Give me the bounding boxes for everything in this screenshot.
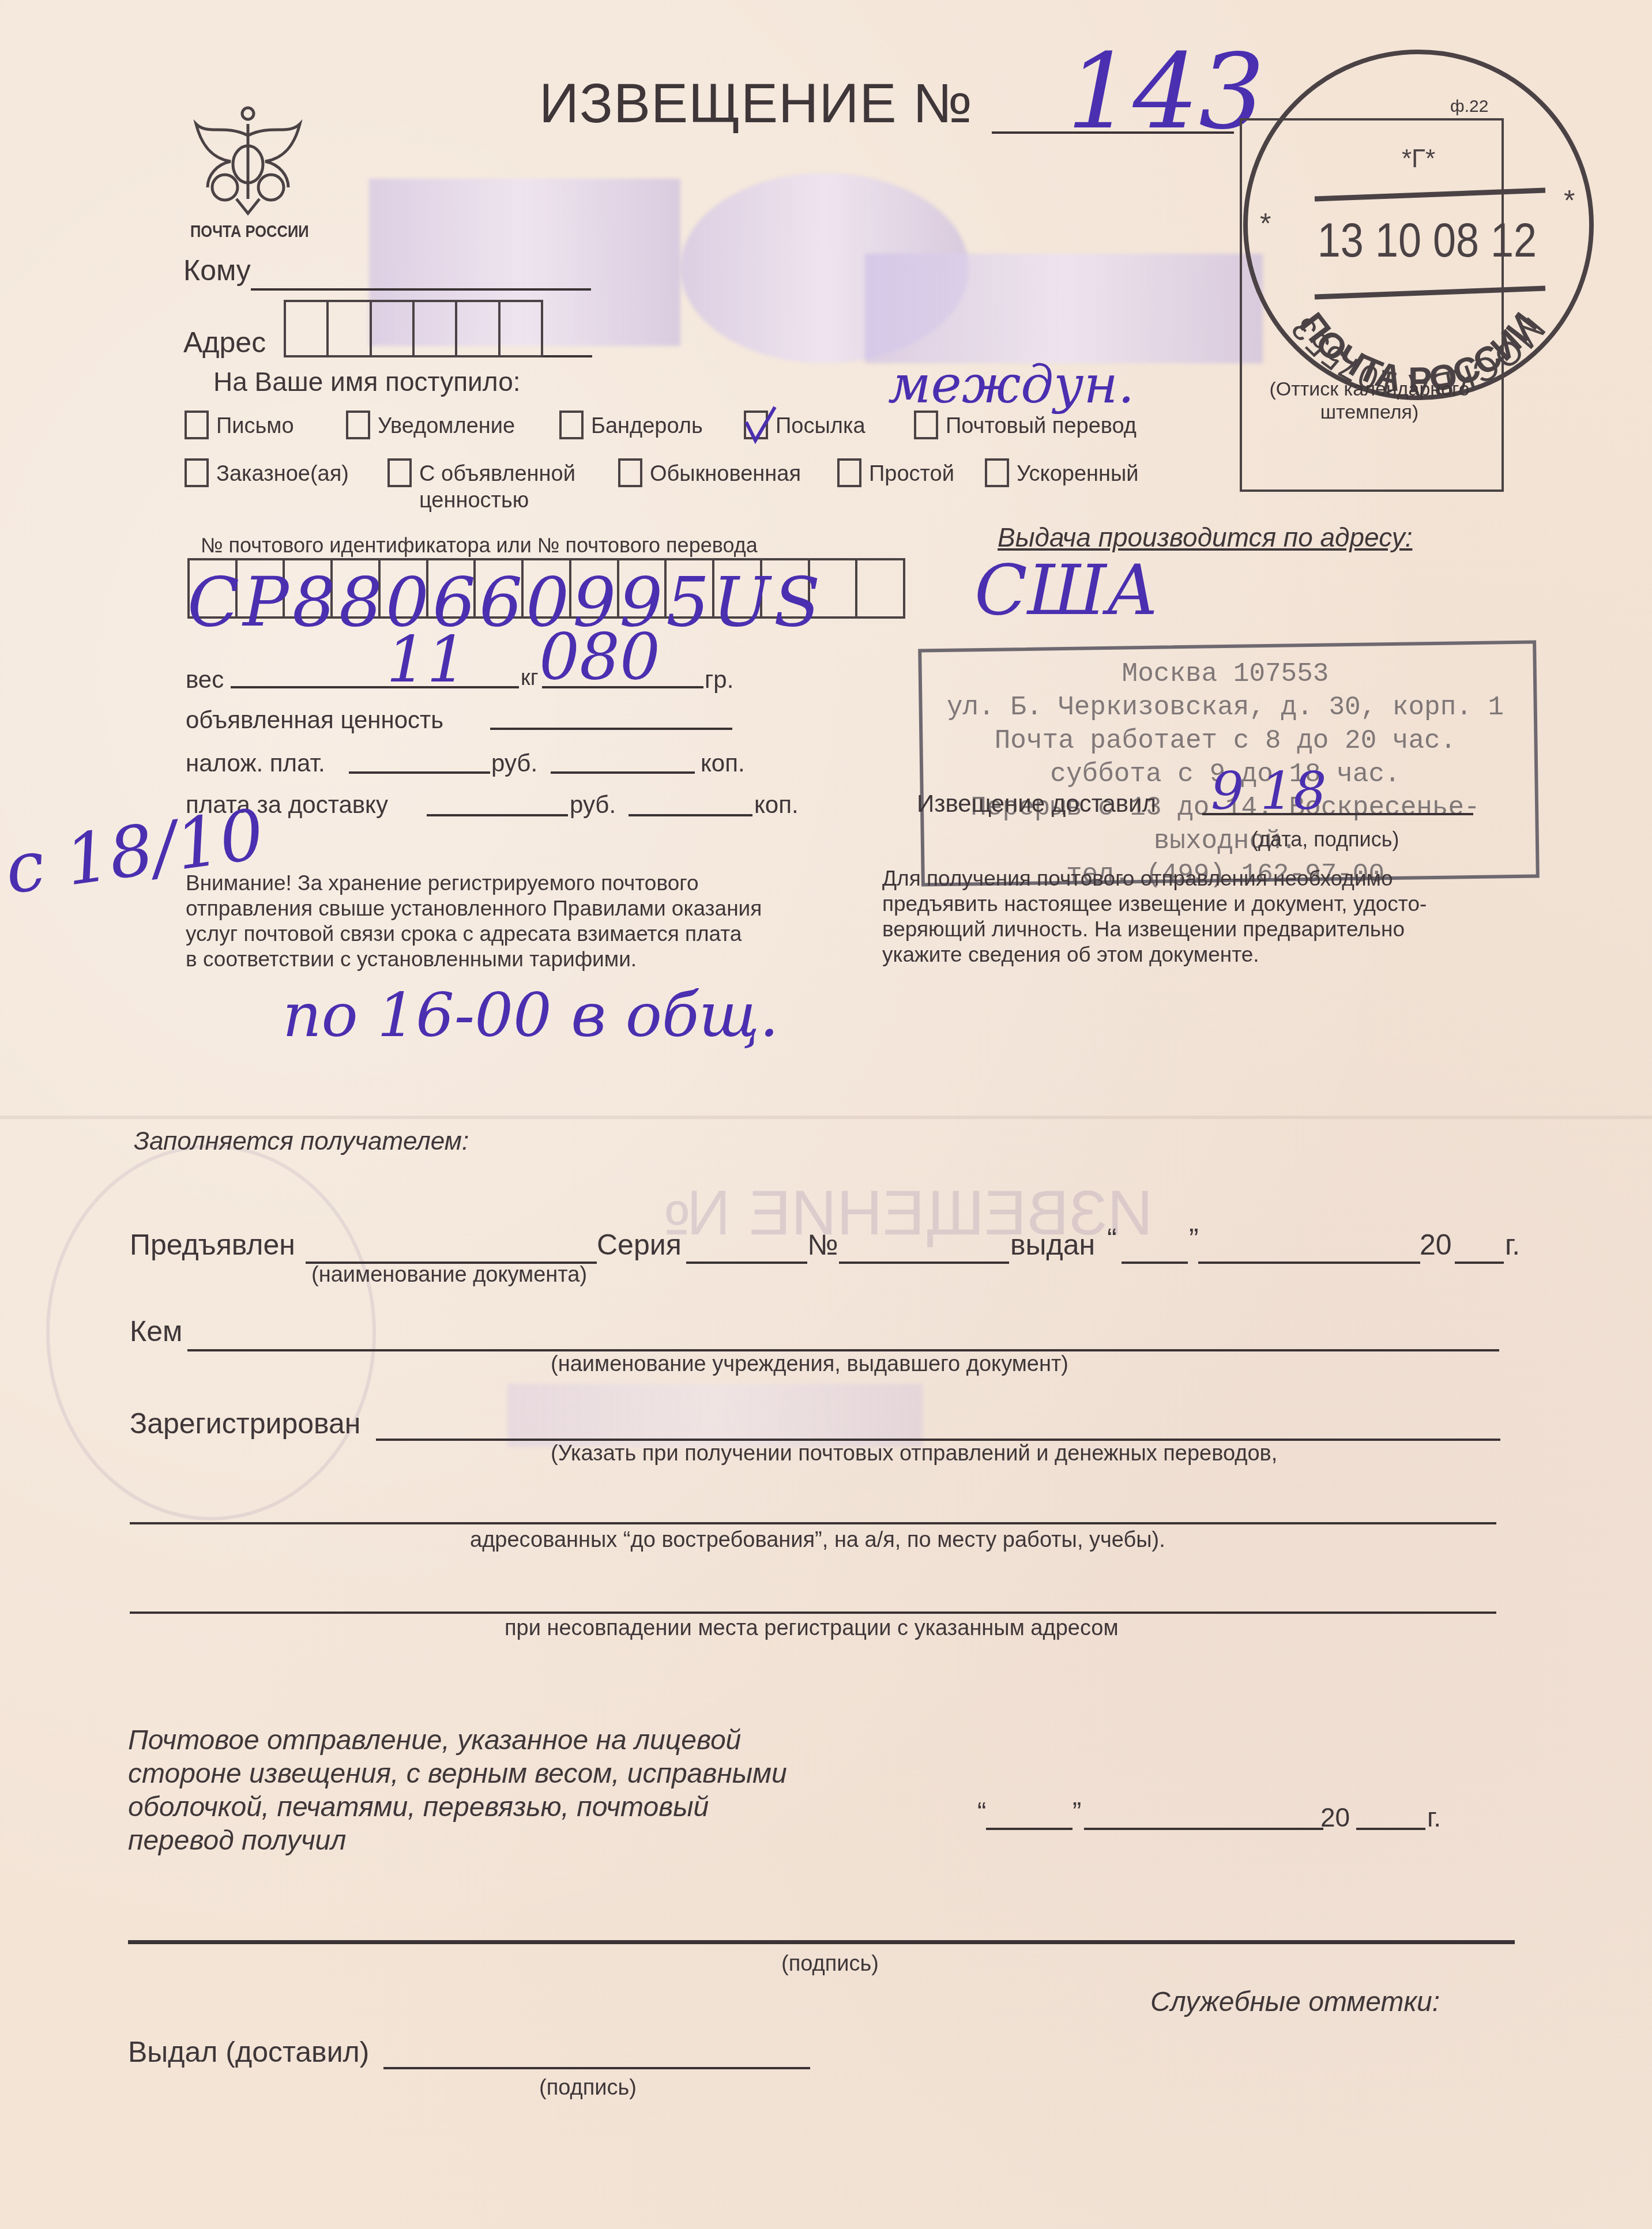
registered-label: Зарегистрирован bbox=[130, 1407, 360, 1440]
identifier-label: № почтового идентификатора или № почтово… bbox=[201, 533, 758, 558]
svg-text:13 10 08 12: 13 10 08 12 bbox=[1318, 214, 1537, 268]
checkbox-label: Бандероль bbox=[591, 413, 703, 439]
service-marks-label: Служебные отметки: bbox=[1150, 1986, 1440, 2018]
registered-field-3[interactable] bbox=[130, 1611, 1496, 1614]
postmark-caption-line: штемпеля) bbox=[1234, 401, 1505, 424]
warning-line: отправления свыше установленного Правила… bbox=[186, 896, 762, 921]
gr-label: гр. bbox=[705, 666, 733, 694]
kg-label: кг bbox=[521, 666, 539, 691]
by-whom-field[interactable] bbox=[187, 1349, 1499, 1351]
statement-line: стороне извещения, с верным весом, испра… bbox=[128, 1757, 787, 1791]
checkbox-label: Обыкновенная bbox=[650, 461, 801, 487]
registered-field-2[interactable] bbox=[130, 1522, 1496, 1524]
checkbox-1[interactable] bbox=[185, 411, 209, 439]
instruction-line: веряющий личность. На извещении предвари… bbox=[882, 917, 1427, 942]
doc-number-field[interactable] bbox=[839, 1262, 1009, 1264]
by-whom-label: Кем bbox=[130, 1315, 182, 1348]
page-title: ИЗВЕЩЕНИЕ № bbox=[539, 72, 973, 135]
instruction-line: укажите сведения об этом документе. bbox=[882, 942, 1427, 967]
postmark-stamp: МОСКВА 107553 ПОЧТА РОССИИ *Г* 13 10 08 … bbox=[1234, 35, 1603, 409]
statement-line: оболочкой, печатями, перевязью, почтовый bbox=[128, 1791, 787, 1824]
svg-text:*Г*: *Г* bbox=[1402, 145, 1435, 173]
issued-year-field[interactable] bbox=[1455, 1262, 1504, 1264]
receipt-signature-field[interactable] bbox=[128, 1940, 1515, 1944]
cod-rub-label: руб. bbox=[491, 750, 537, 777]
delivery-fee-rub-field[interactable] bbox=[427, 814, 568, 816]
coat-of-arms-icon bbox=[185, 101, 311, 216]
warning-line: в соответствии с установленными тарифими… bbox=[186, 947, 762, 972]
address-field[interactable] bbox=[543, 355, 592, 357]
checkbox-4[interactable] bbox=[744, 411, 768, 439]
declared-value-field[interactable] bbox=[490, 728, 732, 730]
checkbox-label-line2: ценностью bbox=[419, 487, 575, 514]
receipt-statement: Почтовое отправление, указанное на лицев… bbox=[128, 1724, 787, 1858]
statement-line: Почтовое отправление, указанное на лицев… bbox=[128, 1724, 787, 1757]
address-label: Адрес bbox=[183, 326, 266, 359]
issued-by-field[interactable] bbox=[383, 2067, 810, 2069]
receipt-quote-close: ” bbox=[1073, 1796, 1081, 1827]
checkbox-5[interactable] bbox=[985, 458, 1009, 487]
issued-by-label: Выдал (доставил) bbox=[128, 2035, 369, 2069]
weight-label: вес bbox=[186, 666, 224, 694]
instruction-line: Для получения почтового отправления необ… bbox=[882, 866, 1427, 891]
quote-open: “ bbox=[1107, 1222, 1117, 1256]
registered-field[interactable] bbox=[376, 1439, 1500, 1441]
office-stamp-line: Москва 107553 bbox=[920, 657, 1531, 691]
checkbox-2[interactable] bbox=[346, 411, 370, 439]
to-label: Кому bbox=[183, 254, 251, 287]
delivered-by-label: Извещение доставил bbox=[917, 790, 1156, 818]
receipt-year-prefix: 20 bbox=[1320, 1802, 1350, 1833]
registered-caption-2: адресованных “до востребования”, на а/я,… bbox=[470, 1528, 1165, 1553]
series-label: Серия bbox=[597, 1228, 682, 1262]
delivery-fee-kop-label: коп. bbox=[754, 791, 799, 819]
check-mark-icon bbox=[743, 405, 777, 445]
checkbox-label: Простой bbox=[869, 461, 954, 487]
identifier-value: CP880660995US bbox=[187, 562, 824, 642]
bleed-through-stamp bbox=[46, 1144, 376, 1520]
receipt-signature-caption: (подпись) bbox=[781, 1952, 879, 1976]
issue-address-value: США bbox=[974, 551, 1159, 631]
issue-address-label: Выдача производится по адресу: bbox=[998, 522, 1412, 553]
weight-gr-value: 080 bbox=[539, 620, 660, 694]
to-field[interactable] bbox=[251, 288, 591, 291]
delivery-fee-rub-label: руб. bbox=[570, 791, 616, 819]
presented-caption: (наименование документа) bbox=[311, 1263, 587, 1287]
checkbox-label: Почтовый перевод bbox=[946, 413, 1137, 439]
postmark-caption: (Оттиск календарного штемпеля) bbox=[1234, 378, 1505, 424]
id-instructions: Для получения почтового отправления необ… bbox=[882, 866, 1427, 967]
checkbox-label: Ускоренный bbox=[1017, 461, 1139, 487]
year-prefix: 20 bbox=[1420, 1228, 1452, 1262]
brand-label: ПОЧТА РОССИИ bbox=[190, 222, 309, 242]
statement-line: перевод получил bbox=[128, 1824, 787, 1858]
registered-caption-3: при несовпадении места регистрации с ука… bbox=[505, 1616, 1119, 1641]
declared-value-label: объявленная ценность bbox=[186, 706, 443, 734]
checkbox-3[interactable] bbox=[618, 458, 642, 487]
storage-warning: Внимание! За хранение регистрируемого по… bbox=[186, 871, 762, 972]
issued-day-field[interactable] bbox=[1122, 1262, 1188, 1264]
receipt-year-field[interactable] bbox=[1356, 1828, 1425, 1830]
identifier-cell[interactable] bbox=[857, 560, 903, 616]
issued-label: выдан bbox=[1010, 1228, 1095, 1262]
delivered-by-caption: (дата, подпись) bbox=[1251, 827, 1399, 852]
item-type-note: междун. bbox=[888, 355, 1134, 415]
checkbox-label: Уведомление bbox=[378, 413, 515, 439]
checkbox-label: Заказное(ая) bbox=[216, 461, 349, 487]
warning-line: Внимание! За хранение регистрируемого по… bbox=[186, 871, 762, 896]
quote-close: ” bbox=[1189, 1222, 1199, 1256]
received-label: На Ваше имя поступило: bbox=[213, 366, 521, 397]
checkbox-2[interactable] bbox=[387, 458, 412, 487]
presented-label: Предъявлен bbox=[130, 1228, 295, 1262]
year-suffix: г. bbox=[1505, 1228, 1520, 1262]
checkbox-label: Посылка bbox=[776, 413, 865, 439]
recipient-section-heading: Заполняется получателем: bbox=[134, 1127, 469, 1156]
cod-label: налож. плат. bbox=[186, 750, 325, 777]
checkbox-4[interactable] bbox=[837, 458, 861, 487]
office-stamp-line: ул. Б. Черкизовская, д. 30, корп. 1 bbox=[920, 691, 1531, 724]
redacted-area bbox=[507, 1384, 923, 1447]
office-stamp-line: Почта работает с 8 до 20 час. bbox=[920, 724, 1531, 758]
svg-text:*: * bbox=[1260, 208, 1271, 240]
paper-fold bbox=[0, 1116, 1652, 1119]
until-note: по 16-00 в общ. bbox=[283, 980, 779, 1051]
cod-rub-field[interactable] bbox=[349, 771, 490, 774]
checkbox-5[interactable] bbox=[914, 411, 938, 439]
redacted-area bbox=[865, 254, 1263, 363]
svg-text:*: * bbox=[1564, 185, 1575, 217]
delivered-by-value: 9 18 bbox=[1211, 761, 1326, 822]
cod-kop-label: коп. bbox=[701, 750, 745, 777]
warning-line: услуг почтовой связи срока с адресата вз… bbox=[186, 921, 762, 947]
checkbox-3[interactable] bbox=[559, 411, 584, 439]
receipt-year-suffix: г. bbox=[1427, 1802, 1441, 1833]
receipt-day-field[interactable] bbox=[986, 1828, 1073, 1830]
issued-by-caption: (подпись) bbox=[539, 2076, 637, 2100]
postmark-caption-line: (Оттиск календарного bbox=[1234, 378, 1505, 401]
checkbox-label: Письмо bbox=[216, 413, 294, 439]
weight-kg-value: 11 bbox=[386, 623, 467, 696]
receipt-month-field[interactable] bbox=[1084, 1828, 1323, 1830]
checkbox-label: С объявленнойценностью bbox=[419, 461, 575, 514]
issued-month-field[interactable] bbox=[1198, 1262, 1420, 1264]
number-label: № bbox=[807, 1228, 838, 1262]
instruction-line: предъявить настоящее извещение и докумен… bbox=[882, 891, 1427, 917]
receipt-quote-open: “ bbox=[977, 1796, 986, 1827]
weight-kg-field[interactable] bbox=[231, 686, 519, 688]
series-field[interactable] bbox=[686, 1262, 807, 1264]
delivery-fee-kop-field[interactable] bbox=[629, 814, 752, 816]
by-whom-caption: (наименование учреждения, выдавшего доку… bbox=[551, 1352, 1068, 1377]
registered-caption-1: (Указать при получении почтовых отправле… bbox=[551, 1441, 1277, 1466]
cod-kop-field[interactable] bbox=[551, 771, 695, 774]
checkbox-1[interactable] bbox=[185, 458, 209, 487]
postcode-cells[interactable] bbox=[284, 300, 543, 357]
